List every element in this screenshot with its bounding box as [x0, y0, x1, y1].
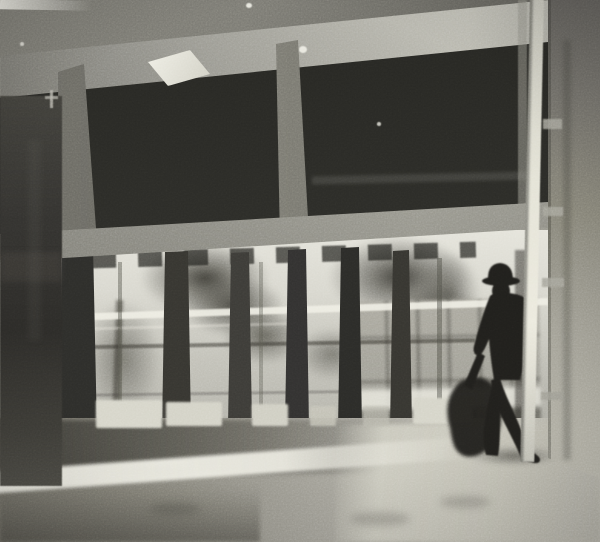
dust-speck: [20, 42, 24, 46]
corner-column: [548, 0, 600, 478]
base-light-strip: [96, 400, 162, 428]
print-edge-flare: [0, 0, 92, 11]
hat-crown: [488, 263, 513, 280]
pipe-bracket: [543, 207, 563, 216]
floor-smudge: [440, 496, 490, 508]
corner-column-seam: [563, 40, 571, 460]
scratch-mark: [45, 96, 58, 99]
dust-speck: [299, 46, 307, 53]
left-wall-faint-pier: [28, 140, 41, 340]
dust-speck: [377, 122, 381, 126]
floor-smudge: [150, 503, 200, 515]
base-light-strip: [252, 404, 288, 426]
floor-corner-shadow: [0, 486, 260, 542]
base-light-strip: [310, 406, 336, 426]
base-light-strip: [363, 406, 389, 426]
photograph: [0, 0, 600, 542]
thin-mullion: [118, 262, 122, 422]
dust-speck: [246, 3, 252, 8]
pipe-bracket: [543, 119, 562, 129]
pipe-bracket: [542, 278, 564, 287]
floor-smudge: [350, 512, 410, 526]
thin-mullion: [259, 262, 263, 420]
base-light-strip: [166, 402, 222, 426]
scratch-mark: [50, 90, 53, 108]
pipe-bracket: [541, 392, 563, 400]
